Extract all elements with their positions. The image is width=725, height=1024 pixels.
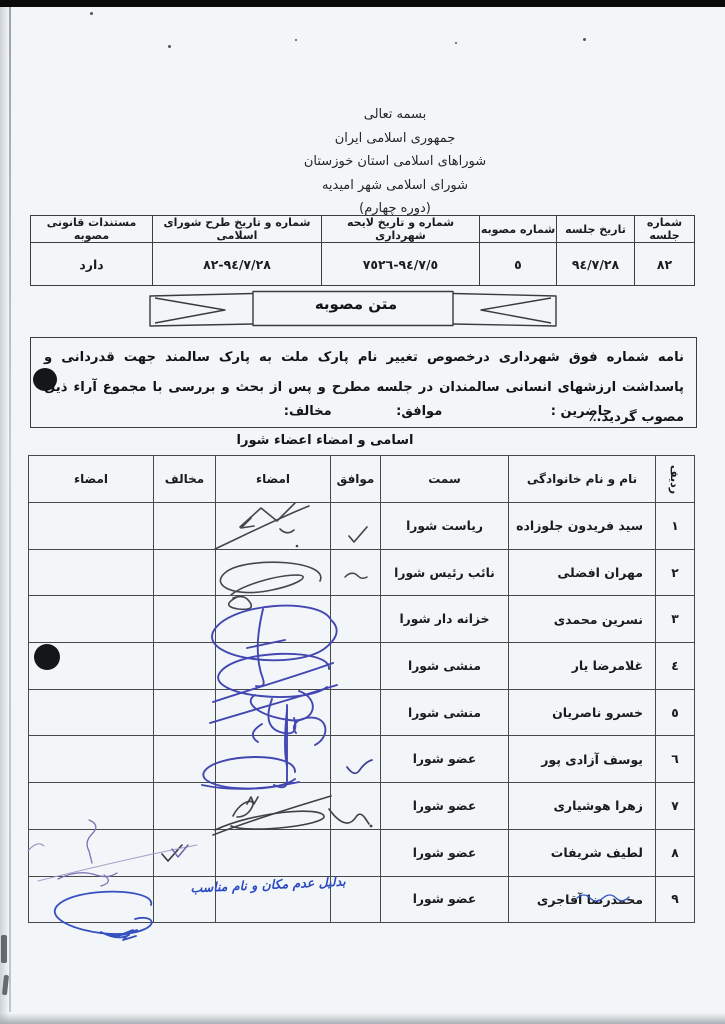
agree-cell [331,596,381,643]
scan-bottom-edge [0,1013,725,1024]
member-row: ٣ نسرین محمدی خزانه دار شورا [29,596,695,643]
attendance-line: حاضرین : موافق: مخالف: [44,404,684,419]
oppose-cell [154,783,216,830]
member-row: ٤ غلامرضا یار منشی شورا [29,643,695,690]
col-header-position: سمت [381,456,509,503]
info-value-session-no: ٨٢ [635,243,695,286]
member-position: منشی شورا [381,689,509,736]
info-header-bill-no-date: شماره و تاریخ لایحه شهرداری [322,216,480,243]
info-value-plan-no-date: ٩٤/٧/٢٨-٨٢ [153,243,322,286]
col-header-row-no: ردیف [656,456,695,503]
member-row: ٧ زهرا هوشیاری عضو شورا [29,783,695,830]
agree-cell [331,736,381,783]
letterhead-line-province: شوراهای اسلامی استان خوزستان [245,150,545,174]
row-no: ١ [656,503,695,550]
letterhead: بسمه تعالی جمهوری اسلامی ایران شوراهای ا… [245,103,545,221]
agree-cell [331,689,381,736]
letterhead-line-country: جمهوری اسلامی ایران [245,127,545,151]
signature-cell [216,643,331,690]
scan-left-edge [9,7,11,1012]
signature2-cell [29,503,154,550]
info-value-session-date: ٩٤/٧/٢٨ [557,243,635,286]
members-table: ردیف نام و نام خانوادگی سمت موافق امضاء … [28,455,695,923]
signature-cell [216,829,331,876]
scan-speck [90,12,93,15]
scan-speck [583,38,586,41]
row-no: ٩ [656,876,695,923]
info-header-legal-docs: مستندات قانونی مصوبه [31,216,153,243]
info-value-resolution-no: ٥ [480,243,557,286]
member-name: زهرا هوشیاری [509,783,656,830]
agree-cell [331,829,381,876]
scan-top-edge [0,0,725,7]
signature2-cell [29,736,154,783]
signature2-cell [29,596,154,643]
oppose-cell [154,503,216,550]
member-position: عضو شورا [381,829,509,876]
member-position: عضو شورا [381,876,509,923]
member-position: نائب رئیس شورا [381,549,509,596]
signature2-cell [29,876,154,923]
member-row: ٢ مهران افضلی نائب رئیس شورا [29,549,695,596]
member-name: محمدرضا آقاجری [509,876,656,923]
info-header-session-date: تاریخ جلسه [557,216,635,243]
col-header-signature: امضاء [216,456,331,503]
signature-cell [216,596,331,643]
oppose-label: مخالف: [284,404,332,419]
row-no: ٥ [656,689,695,736]
resolution-text: نامه شماره فوق شهرداری درخصوص تغییر نام … [44,343,684,433]
row-no: ٧ [656,783,695,830]
signature-cell [216,503,331,550]
member-position: ریاست شورا [381,503,509,550]
signature2-cell [29,643,154,690]
col-header-name: نام و نام خانوادگی [509,456,656,503]
oppose-cell [154,736,216,783]
scan-left-shade [0,7,9,1024]
row-no: ٦ [656,736,695,783]
agree-cell [331,643,381,690]
agree-cell [331,783,381,830]
members-header-row: ردیف نام و نام خانوادگی سمت موافق امضاء … [29,456,695,503]
oppose-cell [154,689,216,736]
member-name: سید فریدون جلوزاده [509,503,656,550]
member-row: ٥ خسرو ناصریان منشی شورا [29,689,695,736]
member-name: خسرو ناصریان [509,689,656,736]
scan-smudge [1,935,7,963]
scan-speck [455,42,457,44]
scanned-document-page: بسمه تعالی جمهوری اسلامی ایران شوراهای ا… [0,0,725,1024]
member-position: عضو شورا [381,783,509,830]
row-no: ٨ [656,829,695,876]
member-name: نسرین محمدی [509,596,656,643]
info-value-bill-no-date: ٩٤/٧/٥-٧٥٢٦ [322,243,480,286]
info-header-session-no: شماره جلسه [635,216,695,243]
member-row: ١ سید فریدون جلوزاده ریاست شورا [29,503,695,550]
row-no: ٤ [656,643,695,690]
signature-cell [216,689,331,736]
row-no: ٣ [656,596,695,643]
banner-left-chevron-icon [155,298,225,323]
agree-label: موافق: [396,404,442,419]
signature-cell [216,549,331,596]
member-name: مهران افضلی [509,549,656,596]
banner-right-chevron-icon [481,298,551,323]
present-label: حاضرین : [551,404,612,419]
signature2-cell [29,829,154,876]
row-no: ٢ [656,549,695,596]
signature2-cell [29,689,154,736]
info-header-plan-no-date: شماره و تاریخ طرح شورای اسلامی [153,216,322,243]
oppose-cell [154,829,216,876]
row-no-rotated-label: ردیف [669,465,682,494]
letterhead-line-basmala: بسمه تعالی [245,103,545,127]
col-header-agree: موافق [331,456,381,503]
signature-cell [216,783,331,830]
member-name: یوسف آزادی پور [509,736,656,783]
member-position: خزانه دار شورا [381,596,509,643]
scan-speck [168,45,171,48]
member-name: غلامرضا یار [509,643,656,690]
info-header-resolution-no: شماره مصوبه [480,216,557,243]
member-position: منشی شورا [381,643,509,690]
member-name: لطیف شریفات [509,829,656,876]
member-row: ٨ لطیف شریفات عضو شورا [29,829,695,876]
oppose-cell [154,549,216,596]
members-table-title: اسامی و امضاء اعضاء شورا [0,433,650,448]
scan-speck [295,39,297,41]
info-value-legal-docs: دارد [31,243,153,286]
signature2-cell [29,549,154,596]
col-header-oppose: مخالف [154,456,216,503]
member-position: عضو شورا [381,736,509,783]
oppose-cell [154,596,216,643]
agree-cell [331,549,381,596]
signature2-cell [29,783,154,830]
oppose-cell [154,643,216,690]
member-row: ٦ یوسف آزادی پور عضو شورا [29,736,695,783]
resolution-info-table: شماره جلسه تاریخ جلسه شماره مصوبه شماره … [30,215,695,286]
agree-cell [331,503,381,550]
col-header-signature-2: امضاء [29,456,154,503]
letterhead-line-city: شورای اسلامی شهر امیدیه [245,174,545,198]
signature-cell [216,736,331,783]
banner-title: متن مصوبه [253,295,459,313]
